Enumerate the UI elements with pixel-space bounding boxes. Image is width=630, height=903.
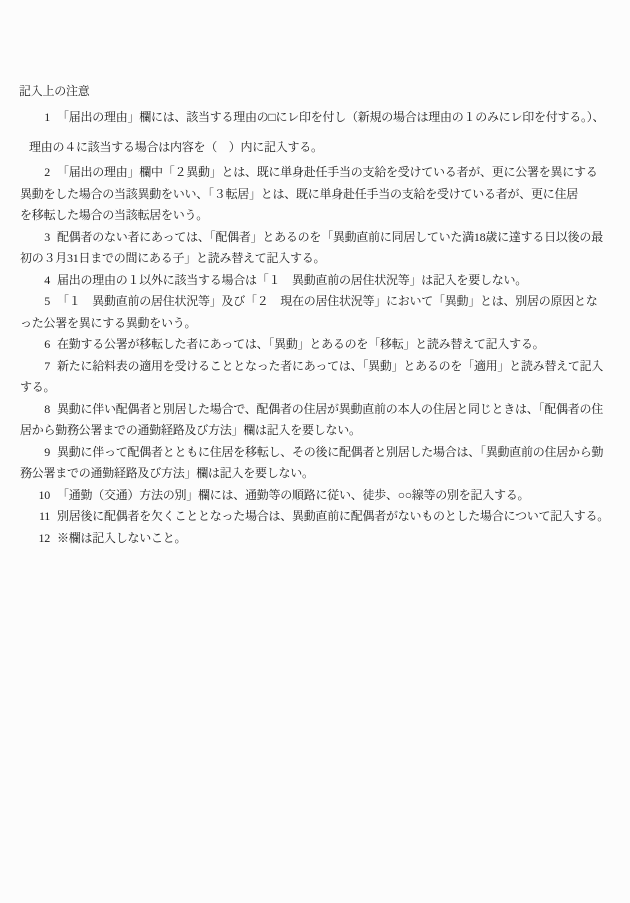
item-number: 7 — [20, 356, 50, 378]
item-number: 10 — [20, 485, 50, 507]
note-item: 7新たに給料表の適用を受けることとなった者にあっては、「異動」とあるのを「適用」… — [0, 356, 630, 399]
item-number: 2 — [20, 162, 50, 184]
item-number: 11 — [20, 506, 50, 528]
item-line: 別居後に配偶者を欠くこととなった場合は、異動直前に配偶者がないものとした場合につ… — [57, 506, 630, 528]
notes-heading: 記入上の注意 — [19, 81, 630, 102]
item-number: 8 — [20, 399, 50, 421]
item-number: 9 — [20, 442, 50, 464]
note-item: 4届出の理由の１以外に該当する場合は「１ 異動直前の居住状況等」は記入を要しない… — [0, 270, 630, 292]
item-line: 理由の４に該当する場合は内容を（ ）内に記入する。 — [29, 132, 630, 162]
item-number: 5 — [20, 291, 50, 313]
note-item: 6在勤する公署が移転した者にあっては、「異動」とあるのを「移転」と読み替えて記入… — [0, 334, 630, 356]
item-line: 在勤する公署が移転した者にあっては、「異動」とあるのを「移転」と読み替えて記入す… — [57, 334, 630, 356]
item-number: 4 — [20, 270, 50, 292]
note-item: 1「届出の理由」欄には、該当する理由の□にレ印を付し（新規の場合は理由の１のみに… — [0, 102, 630, 162]
item-line: 異動をした場合の当該異動をいい、「３転居」とは、既に単身赴任手当の支給を受けてい… — [20, 184, 630, 206]
item-line: 居から勤務公署までの通勤経路及び方法」欄は記入を要しない。 — [20, 420, 630, 442]
item-line: 異動に伴って配偶者とともに住居を移転し、その後に配偶者と別居した場合は、「異動直… — [57, 442, 630, 464]
item-line: する。 — [20, 377, 630, 399]
item-line: 「１ 異動直前の居住状況等」及び「２ 現在の居住状況等」において「異動」とは、別… — [57, 291, 630, 313]
item-line: 初の３月31日までの間にある子」と読み替えて記入する。 — [20, 248, 630, 270]
note-item: 11別居後に配偶者を欠くこととなった場合は、異動直前に配偶者がないものとした場合… — [0, 506, 630, 528]
note-item: 8異動に伴い配偶者と別居した場合で、配偶者の住居が異動直前の本人の住居と同じとき… — [0, 399, 630, 442]
document-page: 記入上の注意 1「届出の理由」欄には、該当する理由の□にレ印を付し（新規の場合は… — [0, 0, 630, 903]
item-number: 3 — [20, 227, 50, 249]
item-line: 新たに給料表の適用を受けることとなった者にあっては、「異動」とあるのを「適用」と… — [57, 356, 630, 378]
item-number: 12 — [20, 528, 50, 550]
item-line: 「届出の理由」欄中「２異動」とは、既に単身赴任手当の支給を受けている者が、更に公… — [57, 162, 630, 184]
note-item: 2「届出の理由」欄中「２異動」とは、既に単身赴任手当の支給を受けている者が、更に… — [0, 162, 630, 227]
item-line: った公署を異にする異動をいう。 — [20, 313, 630, 335]
item-line: 配偶者のない者にあっては、「配偶者」とあるのを「異動直前に同居していた満18歳に… — [57, 227, 630, 249]
note-item: 3配偶者のない者にあっては、「配偶者」とあるのを「異動直前に同居していた満18歳… — [0, 227, 630, 270]
note-item: 10「通勤（交通）方法の別」欄には、通勤等の順路に従い、徒歩、○○線等の別を記入… — [0, 485, 630, 507]
note-item: 12※欄は記入しないこと。 — [0, 528, 630, 550]
note-item: 9異動に伴って配偶者とともに住居を移転し、その後に配偶者と別居した場合は、「異動… — [0, 442, 630, 485]
item-number: 6 — [20, 334, 50, 356]
note-item: 5「１ 異動直前の居住状況等」及び「２ 現在の居住状況等」において「異動」とは、… — [0, 291, 630, 334]
item-line: 届出の理由の１以外に該当する場合は「１ 異動直前の居住状況等」は記入を要しない。 — [57, 270, 630, 292]
item-line: ※欄は記入しないこと。 — [57, 528, 630, 550]
item-line: 「通勤（交通）方法の別」欄には、通勤等の順路に従い、徒歩、○○線等の別を記入する… — [57, 485, 630, 507]
item-line: 「届出の理由」欄には、該当する理由の□にレ印を付し（新規の場合は理由の１のみにレ… — [57, 102, 630, 132]
item-number: 1 — [20, 102, 50, 132]
item-line: 異動に伴い配偶者と別居した場合で、配偶者の住居が異動直前の本人の住居と同じときは… — [57, 399, 630, 421]
notes-list: 1「届出の理由」欄には、該当する理由の□にレ印を付し（新規の場合は理由の１のみに… — [0, 102, 630, 549]
item-line: を移転した場合の当該転居をいう。 — [20, 205, 630, 227]
item-line: 務公署までの通勤経路及び方法」欄は記入を要しない。 — [20, 463, 630, 485]
